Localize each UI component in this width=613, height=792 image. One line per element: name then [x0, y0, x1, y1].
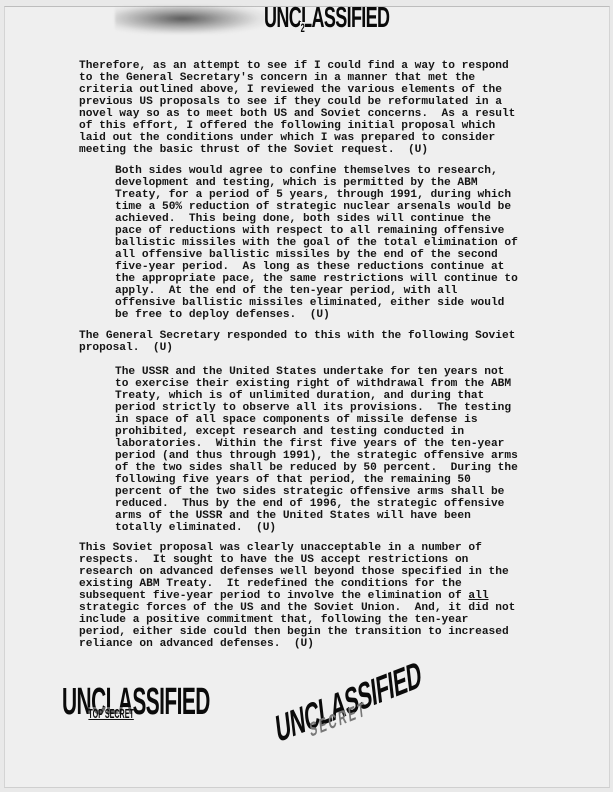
- text-line: Both sides would agree to confine themse…: [115, 165, 518, 177]
- paragraph-1: Therefore, as an attempt to see if I cou…: [79, 60, 515, 156]
- text-line: in space of all space components of miss…: [115, 414, 518, 426]
- text-line: period, either side could then begin the…: [79, 626, 515, 638]
- text-line: percent of the two sides strategic offen…: [115, 486, 518, 498]
- text-line: criteria outlined above, I reviewed the …: [79, 84, 515, 96]
- text-line: The USSR and the United States undertake…: [115, 366, 518, 378]
- text-line: meeting the basic thrust of the Soviet r…: [79, 144, 515, 156]
- text-line: time a 50% reduction of strategic nuclea…: [115, 201, 518, 213]
- text-line: apply. At the end of the ten-year period…: [115, 285, 518, 297]
- text-line: novel way so as to meet both US and Sovi…: [79, 108, 515, 120]
- text-line: ballistic missiles with the goal of the …: [115, 237, 518, 249]
- quote-us-proposal: Both sides would agree to confine themse…: [115, 165, 518, 321]
- text-line: pace of reductions with respect to all r…: [115, 225, 518, 237]
- text-line: research on advanced defenses well beyon…: [79, 566, 515, 578]
- paragraph-3: This Soviet proposal was clearly unaccep…: [79, 542, 515, 650]
- text-line: arms of the USSR and the United States w…: [115, 510, 518, 522]
- text-line: to the General Secretary's concern in a …: [79, 72, 515, 84]
- text-line: reduced. Thus by the end of 1996, the st…: [115, 498, 518, 510]
- top-secret-overprint: TOP SECRET: [88, 707, 133, 720]
- text-line: laboratories. Within the first five year…: [115, 438, 518, 450]
- text-line: offensive ballistic missiles eliminated,…: [115, 297, 518, 309]
- text-line: existing ABM Treaty. It redefined the co…: [79, 578, 515, 590]
- text-line: prohibited, except research and testing …: [115, 426, 518, 438]
- text-line: reliance on advanced defenses. (U): [79, 638, 515, 650]
- scan-smudge: [115, 6, 265, 34]
- classification-stamp-top-text: UNCLASSIFIED: [264, 2, 389, 34]
- text-line: The General Secretary responded to this …: [79, 330, 515, 342]
- paragraph-2: The General Secretary responded to this …: [79, 330, 515, 354]
- text-line: be free to deploy defenses. (U): [115, 309, 518, 321]
- text-line: This Soviet proposal was clearly unaccep…: [79, 542, 515, 554]
- text-line: five-year period. As long as these reduc…: [115, 261, 518, 273]
- text-line: laid out the conditions under which I wa…: [79, 132, 515, 144]
- text-line: achieved. This being done, both sides wi…: [115, 213, 518, 225]
- page-number: 2: [300, 22, 305, 34]
- text-line: subsequent five-year period to involve t…: [79, 590, 515, 602]
- text-line: all offensive ballistic missiles by the …: [115, 249, 518, 261]
- text-line: Therefore, as an attempt to see if I cou…: [79, 60, 515, 72]
- classification-stamp-bottom-left-text: UNCLASSIFIED: [62, 681, 210, 723]
- text-line: Treaty, which is of unlimited duration, …: [115, 390, 518, 402]
- text-line: the appropriate pace, the same restricti…: [115, 273, 518, 285]
- text-line: respects. It sought to have the US accep…: [79, 554, 515, 566]
- text-line: to exercise their existing right of with…: [115, 378, 518, 390]
- classification-stamp-bottom-left: UNCLASSIFIED TOP SECRET: [62, 683, 210, 721]
- text-line: include a positive commitment that, foll…: [79, 614, 515, 626]
- text-line: of this effort, I offered the following …: [79, 120, 515, 132]
- text-line: of the two sides shall be reduced by 50 …: [115, 462, 518, 474]
- text-line: following five years of that period, the…: [115, 474, 518, 486]
- classification-stamp-top: UNCLASSIFIED 2: [264, 4, 389, 33]
- text-line: previous US proposals to see if they cou…: [79, 96, 515, 108]
- underlined-word: all: [468, 590, 488, 602]
- quote-soviet-proposal: The USSR and the United States undertake…: [115, 366, 518, 534]
- text-line: period strictly to observe all its provi…: [115, 402, 518, 414]
- text-line: strategic forces of the US and the Sovie…: [79, 602, 515, 614]
- text-line: development and testing, which is permit…: [115, 177, 518, 189]
- text-line: Treaty, for a period of 5 years, through…: [115, 189, 518, 201]
- text-line: period (and thus through 1991), the stra…: [115, 450, 518, 462]
- text-line: totally eliminated. (U): [115, 522, 518, 534]
- text-line: proposal. (U): [79, 342, 515, 354]
